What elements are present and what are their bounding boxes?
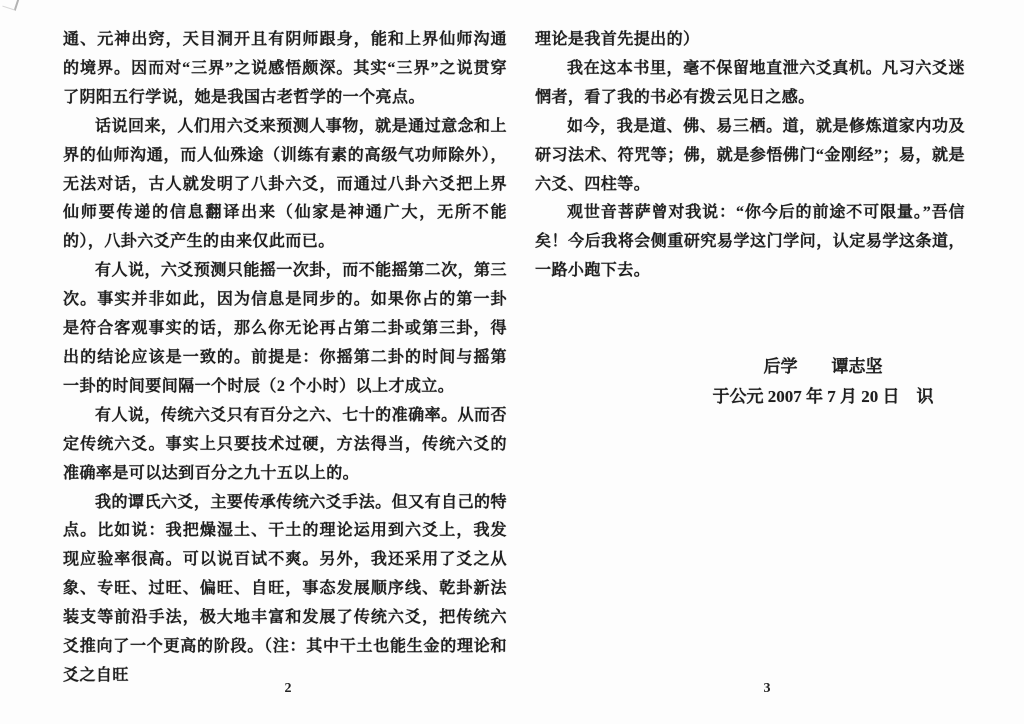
- book-spread-scan: 通、元神出窍，天目洞开且有阴师跟身，能和上界仙师沟通的境界。因而对“三界”之说感…: [0, 0, 1024, 724]
- scan-artifact: [2, 0, 19, 11]
- paragraph: 有人说，六爻预测只能摇一次卦，而不能摇第二次，第三次。事实并非如此，因为信息是同…: [63, 257, 507, 402]
- right-page-text: 理论是我首先提出的） 我在这本书里，毫不保留地直泄六爻真机。凡习六爻迷惘者，看了…: [535, 26, 965, 286]
- signature-date: 于公元 2007 年 7 月 20 日 识: [656, 382, 990, 412]
- signature-name: 后学 谭志坚: [656, 352, 990, 382]
- paragraph: 如今，我是道、佛、易三栖。道，就是修炼道家内功及研习法术、符咒等；佛，就是参悟佛…: [535, 113, 965, 200]
- signature-block: 后学 谭志坚 于公元 2007 年 7 月 20 日 识: [656, 352, 990, 412]
- page-number-left: 2: [278, 681, 298, 697]
- paragraph: 话说回来，人们用六爻来预测人事物，就是通过意念和上界的仙师沟通，而人仙殊途（训练…: [63, 113, 507, 258]
- paragraph: 观世音菩萨曾对我说：“你今后的前途不可限量。”吾信矣！今后我将会侧重研究易学这门…: [535, 199, 965, 286]
- paragraph: 通、元神出窍，天目洞开且有阴师跟身，能和上界仙师沟通的境界。因而对“三界”之说感…: [63, 26, 507, 113]
- left-page-text: 通、元神出窍，天目洞开且有阴师跟身，能和上界仙师沟通的境界。因而对“三界”之说感…: [63, 26, 507, 691]
- paragraph: 我在这本书里，毫不保留地直泄六爻真机。凡习六爻迷惘者，看了我的书必有拨云见日之感…: [535, 55, 965, 113]
- page-number-right: 3: [757, 681, 777, 697]
- paragraph: 理论是我首先提出的）: [535, 26, 965, 55]
- paragraph: 我的谭氏六爻，主要传承传统六爻手法。但又有自己的特点。比如说：我把燥湿土、干土的…: [63, 489, 507, 691]
- paragraph: 有人说，传统六爻只有百分之六、七十的准确率。从而否定传统六爻。事实上只要技术过硬…: [63, 402, 507, 489]
